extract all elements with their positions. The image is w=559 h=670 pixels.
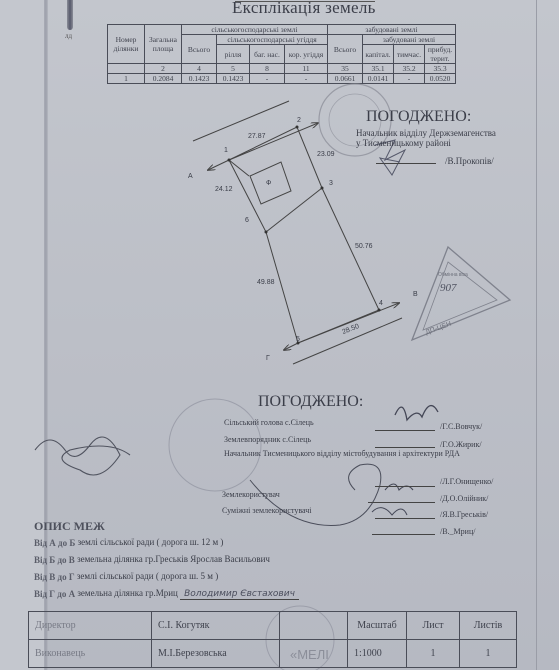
side-label-v: В [413, 291, 418, 298]
boundary-text: землі сільської ради ( дорога ш. 5 м ) [77, 571, 218, 581]
boundary-text: землі сільської ради ( дорога ш. 12 м ) [78, 537, 224, 547]
signature-oliynyk [385, 484, 413, 490]
role-cell: Директор [29, 612, 152, 640]
road-line-top [193, 101, 289, 141]
length-1-6: 24.12 [215, 186, 233, 193]
approval-name: /Г.С.Вовчук/ [440, 422, 482, 431]
company-stamp-text: «МЕЛІ [290, 647, 329, 662]
approval-signatory-top: /В.Прокопів/ [445, 156, 494, 166]
signature-greskiv [372, 508, 407, 515]
approval-name: /В._Мриц/ [440, 527, 475, 536]
length-3-4: 50.76 [355, 243, 373, 250]
boundary-prefix: Від В до Г [34, 572, 75, 582]
approval-role-line1: Начальник відділу Держземагенства [356, 128, 496, 138]
scale-value: 1:1000 [348, 640, 407, 668]
role-cell: Виконавець [29, 640, 152, 668]
sheets-value: 1 [460, 640, 517, 668]
approval-name: /Д.О.Олійник/ [440, 494, 488, 503]
signature-line [375, 447, 435, 448]
approval-name: /Л.Г.Онищенко/ [440, 477, 493, 486]
sheet-label: Лист [407, 612, 460, 640]
document-page: лд Експлікація земель Номер ділянки Зага… [0, 0, 559, 670]
approval-role: Землевпорядник с.Сілець [224, 435, 311, 444]
signature-line [372, 534, 435, 535]
length-2-3: 23.09 [317, 151, 335, 158]
length-1-2: 27.87 [248, 133, 266, 140]
approval-role: Сільський голова с.Сілець [224, 418, 314, 427]
title-block: Директор С.І. Когутяк Масштаб Лист Листі… [28, 611, 517, 668]
approval-heading-bottom: ПОГОДЖЕНО: [258, 393, 363, 411]
boundary-item: Від Б до В земельна ділянка гр.Греськів … [34, 554, 270, 565]
point-label: 1 [224, 147, 228, 154]
side-label-g: Г [266, 355, 270, 362]
sheet-value: 1 [407, 640, 460, 668]
signature-line [375, 518, 435, 519]
boundary-prefix: Від Г до А [34, 589, 75, 599]
round-stamp-bottom [169, 399, 261, 491]
stamp-number: 907 [440, 282, 457, 294]
signature-left [35, 437, 130, 475]
length-6-5: 49.88 [257, 279, 275, 286]
scale-label: Масштаб [348, 612, 407, 640]
side-label-a: А [188, 173, 193, 180]
stamp-inner-text: Обмінна віза [438, 272, 468, 278]
approval-name: /Я.В.Греськів/ [440, 510, 488, 519]
name-cell: С.І. Когутяк [152, 612, 280, 640]
point-label: 5 [296, 336, 300, 343]
signature-line [375, 430, 435, 431]
triangle-stamp [412, 247, 510, 340]
signature-line [376, 163, 436, 164]
point-label: 6 [245, 217, 249, 224]
handwritten-name: Володимир Євстахович [180, 589, 299, 600]
name-cell: М.І.Березовська [152, 640, 280, 668]
boundary-item: Від Г до А земельна ділянка гр.Мриц Воло… [34, 588, 299, 599]
approval-role: Начальник Тисменицького відділу містобуд… [224, 449, 460, 458]
building-symbol: Ф [266, 180, 271, 187]
approval-role-line2: у Тисменицькому районі [356, 138, 451, 148]
road-line-bottom [293, 318, 402, 364]
signature-line [368, 502, 435, 503]
parcel-boundary [229, 127, 379, 343]
sheets-label: Листів [460, 612, 517, 640]
boundary-text: земельна ділянка гр.Мриц [77, 588, 177, 598]
approval-heading-top: ПОГОДЖЕНО: [366, 108, 471, 126]
boundary-prefix: Від Б до В [34, 555, 75, 565]
approval-role: Землекористувач [222, 490, 280, 499]
point-label: 4 [379, 300, 383, 307]
boundary-prefix: Від А до Б [34, 538, 75, 548]
point-label: 2 [297, 117, 301, 124]
approval-role: Суміжні землекористувачі [222, 506, 312, 515]
signature-vovchuk [395, 406, 438, 420]
boundary-text: земельна ділянка гр.Греськів Ярослав Вас… [77, 554, 270, 564]
plot-plan-drawing [0, 0, 559, 670]
boundary-item: Від А до Б землі сільської ради ( дорога… [34, 537, 223, 548]
point-label: 3 [329, 180, 333, 187]
boundary-item: Від В до Г землі сільської ради ( дорога… [34, 571, 218, 582]
approval-name: /Г.О.Жирик/ [440, 440, 482, 449]
signature-cell [280, 612, 348, 640]
boundaries-heading: ОПИС МЕЖ [34, 519, 105, 534]
signature-line [375, 486, 435, 487]
